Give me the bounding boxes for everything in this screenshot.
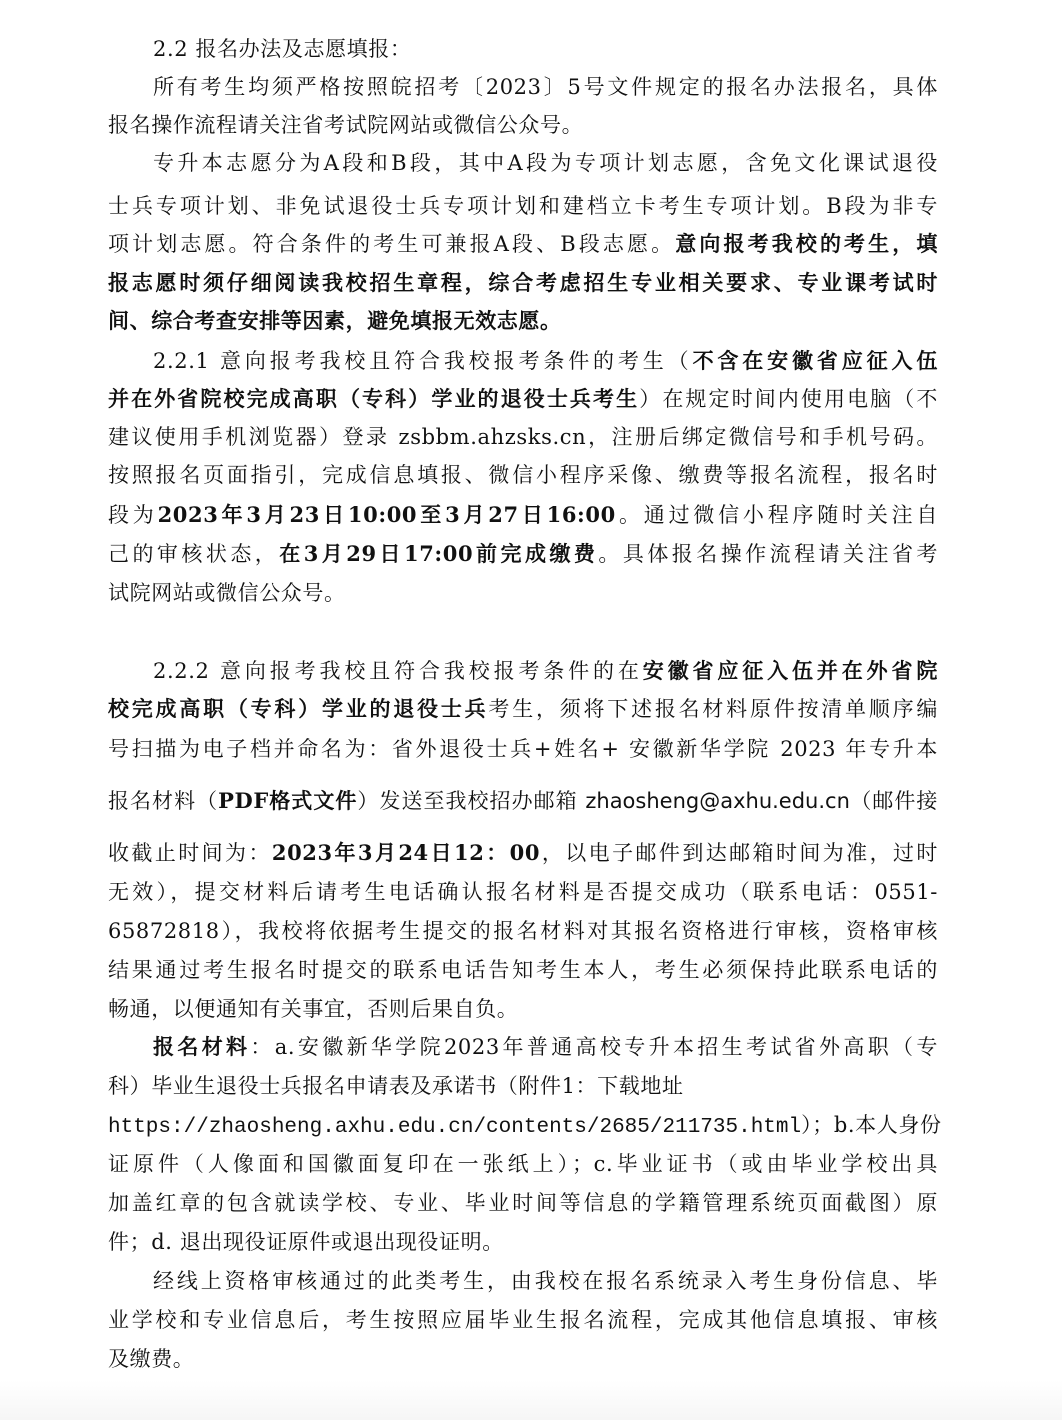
paragraph-line: 士兵专项计划、非免试退役士兵专项计划和建档立卡考生专项计划。B段为非专	[108, 191, 938, 221]
text-run: 科）毕业生退役士兵报名申请表及承诺书（附件1：下载地址	[108, 1074, 684, 1098]
text-run: 收截止时间为：	[108, 841, 272, 865]
text-run: 。具体报名操作流程请关注省考	[598, 542, 938, 566]
text-run: 专升本志愿分为A段和B段，其中A段为专项计划志愿，含免文化课试退役	[153, 151, 938, 175]
paragraph-line: 并在外省院校完成高职（专科）学业的退役士兵考生）在规定时间内使用电脑（不	[108, 384, 938, 414]
text-run: 及缴费。	[108, 1347, 194, 1371]
paragraph-line: 畅通，以便通知有关事宜，否则后果自负。	[108, 994, 938, 1024]
text-run: ，以电子邮件到达邮箱时间为准，过时	[540, 841, 938, 865]
text-run: 试院网站或微信公众号。	[108, 581, 346, 605]
materials-line: 报名材料：a.安徽新华学院2023年普通高校专升本招生考试省外高职（专	[153, 1032, 938, 1062]
text-run: 按照报名页面指引，完成信息填报、微信小程序采像、缴费等报名流程，报名时	[108, 463, 938, 487]
bold-text-run: 报志愿时须仔细阅读我校招生章程，综合考虑招生专业相关要求、专业课考试时	[108, 270, 938, 295]
paragraph-line: 间、综合考查安排等因素，避免填报无效志愿。	[108, 306, 938, 336]
text-run: ：a.安徽新华学院2023年普通高校专升本招生考试省外高职（专	[250, 1035, 938, 1059]
text-run: 报名操作流程请关注省考试院网站或微信公众号。	[108, 113, 583, 137]
paragraph-line: 试院网站或微信公众号。	[108, 578, 938, 608]
text-run: 士兵专项计划、非免试退役士兵专项计划和建档立卡考生专项计划。B段为非专	[108, 194, 938, 218]
section-2-2-1-line: 2.2.1 意向报考我校且符合我校报考条件的考生（不含在安徽省应征入伍	[153, 346, 938, 376]
text-run: 加盖红章的包含就读学校、专业、毕业时间等信息的学籍管理系统页面截图）原	[108, 1191, 938, 1215]
paragraph-line: 己的审核状态，在3月29日17:00前完成缴费。具体报名操作流程请关注省考	[108, 539, 938, 569]
paragraph-line: 按照报名页面指引，完成信息填报、微信小程序采像、缴费等报名流程，报名时	[108, 460, 938, 490]
text-run: 建议使用手机浏览器）登录 zsbbm.ahzsks.cn，注册后绑定微信号和手机…	[108, 425, 938, 449]
paragraph-line: 项计划志愿。符合条件的考生可兼报A段、B段志愿。意向报考我校的考生，填	[108, 229, 938, 259]
paragraph-line: 收截止时间为：2023年3月24日12：00，以电子邮件到达邮箱时间为准，过时	[108, 838, 938, 868]
bold-text-run: 2023年3月24日12：00	[272, 840, 540, 865]
paragraph-line: 报名操作流程请关注省考试院网站或微信公众号。	[108, 110, 938, 140]
paragraph-line: 校完成高职（专科）学业的退役士兵考生，须将下述报名材料原件按清单顺序编	[108, 694, 938, 724]
text-run: 考生，须将下述报名材料原件按清单顺序编	[488, 697, 938, 721]
bold-text-run: 并在外省院校完成高职（专科）学业的退役士兵考生	[108, 386, 639, 411]
paragraph-line: 无效），提交材料后请考生电话确认报名材料是否提交成功（联系电话：0551-	[108, 877, 938, 907]
text-run: ）发送至我校招办邮箱	[357, 789, 585, 813]
paragraph-line: https://zhaosheng.axhu.edu.cn/contents/2…	[108, 1110, 938, 1140]
text-run: 项计划志愿。符合条件的考生可兼报A段、B段志愿。	[108, 232, 675, 256]
bold-text-run: 安徽省应征入伍并在外省院	[643, 658, 938, 683]
text-run: 证原件（人像面和国徽面复印在一张纸上）；c.毕业证书（或由毕业学校出具	[108, 1152, 938, 1176]
paragraph-line: 业学校和专业信息后，考生按照应届毕业生报名流程，完成其他信息填报、审核	[108, 1305, 938, 1335]
section-2-2-2-line: 2.2.2 意向报考我校且符合我校报考条件的在安徽省应征入伍并在外省院	[153, 656, 938, 686]
paragraph-line: 及缴费。	[108, 1344, 938, 1374]
bold-text-run: 不含在安徽省应征入伍	[693, 348, 938, 373]
closing-line: 经线上资格审核通过的此类考生，由我校在报名系统录入考生身份信息、毕	[153, 1266, 938, 1296]
text-run: 2.2.1 意向报考我校且符合我校报考条件的考生（	[153, 349, 693, 373]
email-address[interactable]: zhaosheng@axhu.edu.cn	[585, 789, 850, 813]
text-run: 段为	[108, 503, 158, 527]
paragraph-line: 建议使用手机浏览器）登录 zsbbm.ahzsks.cn，注册后绑定微信号和手机…	[108, 422, 938, 452]
paragraph-line: 科）毕业生退役士兵报名申请表及承诺书（附件1：下载地址	[108, 1071, 938, 1101]
text-run: （邮件接	[850, 789, 938, 813]
text-run: 号扫描为电子档并命名为：省外退役士兵+姓名+ 安徽新华学院 2023 年专升本	[108, 737, 938, 761]
text-run: ）；b.本人身份	[801, 1113, 941, 1137]
paragraph-line: 65872818），我校将依据考生提交的报名材料对其报名资格进行审核，资格审核	[108, 916, 938, 946]
paragraph-line: 报志愿时须仔细阅读我校招生章程，综合考虑招生专业相关要求、专业课考试时	[108, 268, 938, 298]
paragraph-line: 报名材料（PDF格式文件）发送至我校招办邮箱 zhaosheng@axhu.ed…	[108, 786, 938, 816]
text-run: 己的审核状态，	[108, 542, 279, 566]
text-run: 2.2.2 意向报考我校且符合我校报考条件的在	[153, 659, 643, 683]
text-run: 报名材料（	[108, 789, 218, 813]
text-run: 无效），提交材料后请考生电话确认报名材料是否提交成功（联系电话：0551-	[108, 880, 938, 904]
paragraph-line: 结果通过考生报名时提交的联系电话告知考生本人，考生必须保持此联系电话的	[108, 955, 938, 985]
text-run: 65872818），我校将依据考生提交的报名材料对其报名资格进行审核，资格审核	[108, 919, 938, 943]
bold-text-run: PDF格式文件	[218, 788, 357, 813]
paragraph-line: 专升本志愿分为A段和B段，其中A段为专项计划志愿，含免文化课试退役	[153, 148, 938, 178]
bold-text-run: 在3月29日17:00前完成缴费	[279, 541, 598, 566]
bold-text-run: 2023年3月23日10:00至3月27日16:00	[158, 502, 616, 527]
text-run: 。通过微信小程序随时关注自	[616, 503, 938, 527]
document-page: 2.2 报名办法及志愿填报： 所有考生均须严格按照皖招考〔2023〕5号文件规定…	[0, 0, 1062, 1420]
section-heading-2-2: 2.2 报名办法及志愿填报：	[153, 34, 938, 64]
download-link[interactable]: https://zhaosheng.axhu.edu.cn/contents/2…	[108, 1116, 801, 1139]
paragraph-line: 件；d. 退出现役证原件或退出现役证明。	[108, 1227, 938, 1257]
bold-text-run: 校完成高职（专科）学业的退役士兵	[108, 696, 488, 721]
text-run: 所有考生均须严格按照皖招考〔2023〕5号文件规定的报名办法报名，具体	[153, 75, 938, 99]
text-run: 件；d. 退出现役证原件或退出现役证明。	[108, 1230, 504, 1254]
text-run: ）在规定时间内使用电脑（不	[639, 387, 938, 411]
text-run: 业学校和专业信息后，考生按照应届毕业生报名流程，完成其他信息填报、审核	[108, 1308, 938, 1332]
paragraph-line: 段为2023年3月23日10:00至3月27日16:00。通过微信小程序随时关注…	[108, 500, 938, 530]
materials-label: 报名材料	[153, 1034, 250, 1059]
paragraph-line: 号扫描为电子档并命名为：省外退役士兵+姓名+ 安徽新华学院 2023 年专升本	[108, 734, 938, 764]
text-run: 经线上资格审核通过的此类考生，由我校在报名系统录入考生身份信息、毕	[153, 1269, 938, 1293]
paragraph-line: 所有考生均须严格按照皖招考〔2023〕5号文件规定的报名办法报名，具体	[153, 72, 938, 102]
bold-text-run: 意向报考我校的考生，填	[675, 231, 938, 256]
text-run: 畅通，以便通知有关事宜，否则后果自负。	[108, 997, 518, 1021]
bold-text-run: 间、综合考查安排等因素，避免填报无效志愿。	[108, 308, 562, 333]
paragraph-line: 加盖红章的包含就读学校、专业、毕业时间等信息的学籍管理系统页面截图）原	[108, 1188, 938, 1218]
text-run: 结果通过考生报名时提交的联系电话告知考生本人，考生必须保持此联系电话的	[108, 958, 938, 982]
heading-text: 2.2 报名办法及志愿填报：	[153, 37, 411, 61]
paragraph-line: 证原件（人像面和国徽面复印在一张纸上）；c.毕业证书（或由毕业学校出具	[108, 1149, 938, 1179]
